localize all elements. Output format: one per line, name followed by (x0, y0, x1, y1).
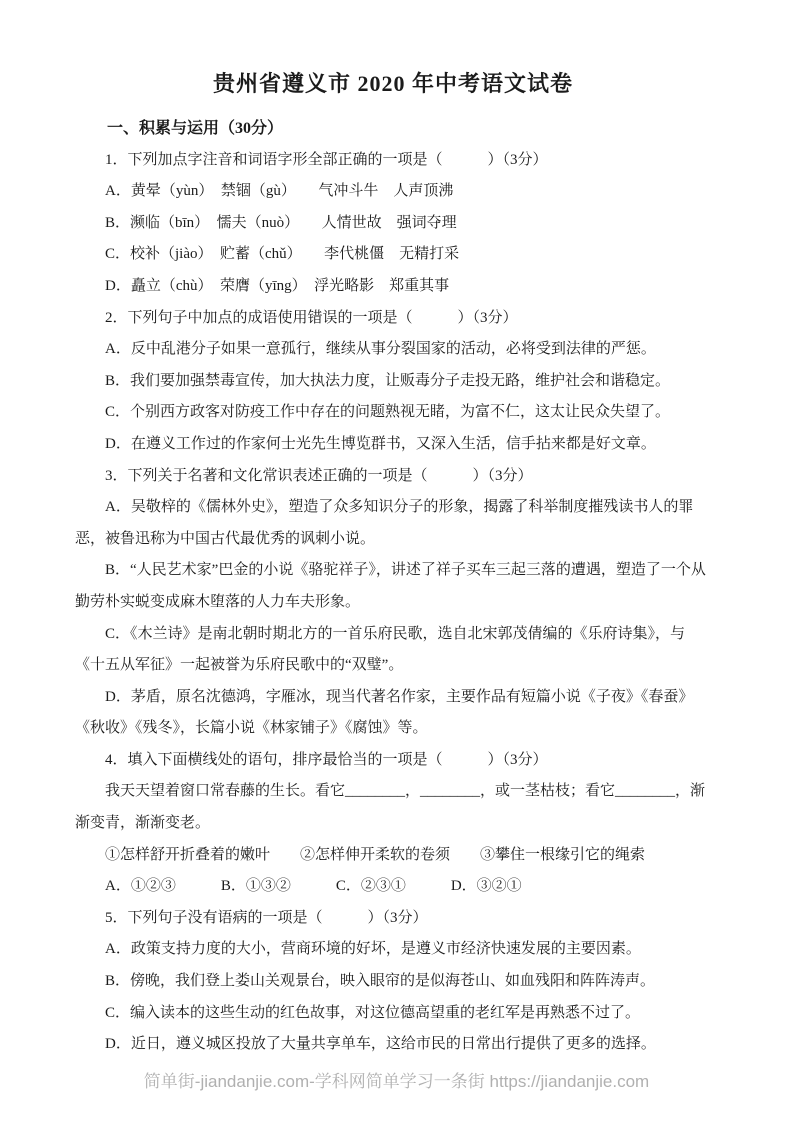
question-1-option-b: B．濒临（bīn） 懦夫（nuò） 人情世故 强词夺理 (75, 208, 711, 240)
exam-document: 贵州省遵义市 2020 年中考语文试卷 一、积累与运用（30分） 1．下列加点字… (75, 68, 711, 1061)
section-heading: 一、积累与运用（30分） (75, 113, 711, 145)
question-5-option-a: A．政策支持力度的大小，营商环境的好坏，是遵义市经济快速发展的主要因素。 (75, 934, 711, 966)
question-4-choices: A．①②③ B．①③② C．②③① D．③②① (75, 871, 711, 903)
question-3-stem: 3．下列关于名著和文化常识表述正确的一项是（ ）（3分） (75, 461, 711, 493)
question-2-option-d: D．在遵义工作过的作家何士光先生博览群书，又深入生活，信手拈来都是好文章。 (75, 429, 711, 461)
question-2-option-c: C．个别西方政客对防疫工作中存在的问题熟视无睹，为富不仁，这太让民众失望了。 (75, 397, 711, 429)
question-5-option-d: D．近日，遵义城区投放了大量共享单车，这给市民的日常出行提供了更多的选择。 (75, 1029, 711, 1061)
question-3-option-b: B．“人民艺术家”巴金的小说《骆驼祥子》，讲述了祥子买车三起三落的遭遇，塑造了一… (75, 555, 711, 618)
question-1-stem: 1．下列加点字注音和词语字形全部正确的一项是（ ）（3分） (75, 145, 711, 177)
question-4-passage: 我天天望着窗口常春藤的生长。看它________，________，或一茎枯枝；… (75, 776, 711, 839)
question-2-option-b: B．我们要加强禁毒宣传，加大执法力度，让贩毒分子走投无路，维护社会和谐稳定。 (75, 366, 711, 398)
question-3-option-c: C．《木兰诗》是南北朝时期北方的一首乐府民歌，选自北宋郭茂倩编的《乐府诗集》，与… (75, 619, 711, 682)
question-2-option-a: A．反中乱港分子如果一意孤行，继续从事分裂国家的活动，必将受到法律的严惩。 (75, 334, 711, 366)
question-3-option-a: A．吴敬梓的《儒林外史》，塑造了众多知识分子的形象，揭露了科举制度摧残读书人的罪… (75, 492, 711, 555)
question-5-option-c: C．编入读本的这些生动的红色故事，对这位德高望重的老红军是再熟悉不过了。 (75, 998, 711, 1030)
question-1-option-d: D．矗立（chù） 荣膺（yīng） 浮光略影 郑重其事 (75, 271, 711, 303)
question-2-stem: 2．下列句子中加点的成语使用错误的一项是（ ）（3分） (75, 303, 711, 335)
question-5-stem: 5．下列句子没有语病的一项是（ ）（3分） (75, 903, 711, 935)
question-1-option-a: A．黄晕（yùn） 禁锢（gù） 气冲斗牛 人声顶沸 (75, 176, 711, 208)
question-4-stem: 4．填入下面横线处的语句，排序最恰当的一项是（ ）（3分） (75, 745, 711, 777)
page-title: 贵州省遵义市 2020 年中考语文试卷 (75, 68, 711, 100)
question-1-option-c: C．校补（jiào） 贮蓄（chǔ） 李代桃僵 无精打采 (75, 239, 711, 271)
question-5-option-b: B．傍晚，我们登上娄山关观景台，映入眼帘的是似海苍山、如血残阳和阵阵涛声。 (75, 966, 711, 998)
watermark-footer: 简单街-jiandanjie.com-学科网简单学习一条街 https://ji… (0, 1067, 793, 1092)
question-3-option-d: D．茅盾，原名沈德鸿，字雁冰，现当代著名作家，主要作品有短篇小说《子夜》《春蚕》… (75, 682, 711, 745)
question-4-numbered-items: ①怎样舒开折叠着的嫩叶 ②怎样伸开柔软的卷须 ③攀住一根缘引它的绳索 (75, 840, 711, 872)
